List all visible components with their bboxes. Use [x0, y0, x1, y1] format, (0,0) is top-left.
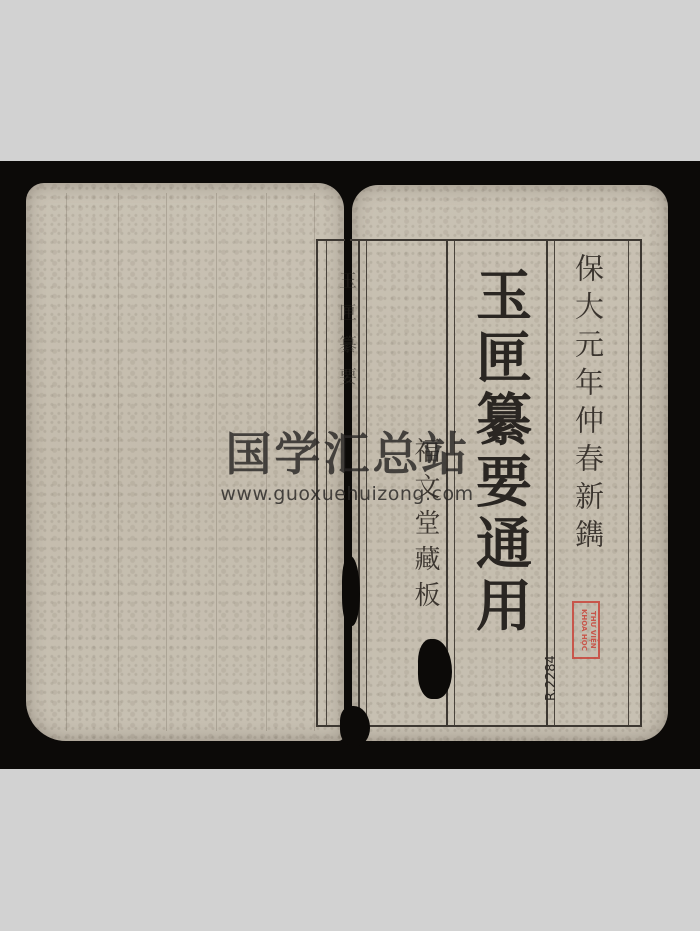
- watermark-title: 国学汇总站: [0, 418, 698, 484]
- date-line: 保大元年仲春新鐫: [568, 253, 608, 557]
- damage-tear: [340, 706, 370, 746]
- left-inner-column: 玉匣纂要: [333, 271, 359, 399]
- watermark-url: www.guoxuehuizong.com: [0, 483, 697, 505]
- catalog-number: R.2284: [544, 655, 559, 701]
- library-stamp: THƯ VIỆN KHOA HỌC: [572, 601, 600, 659]
